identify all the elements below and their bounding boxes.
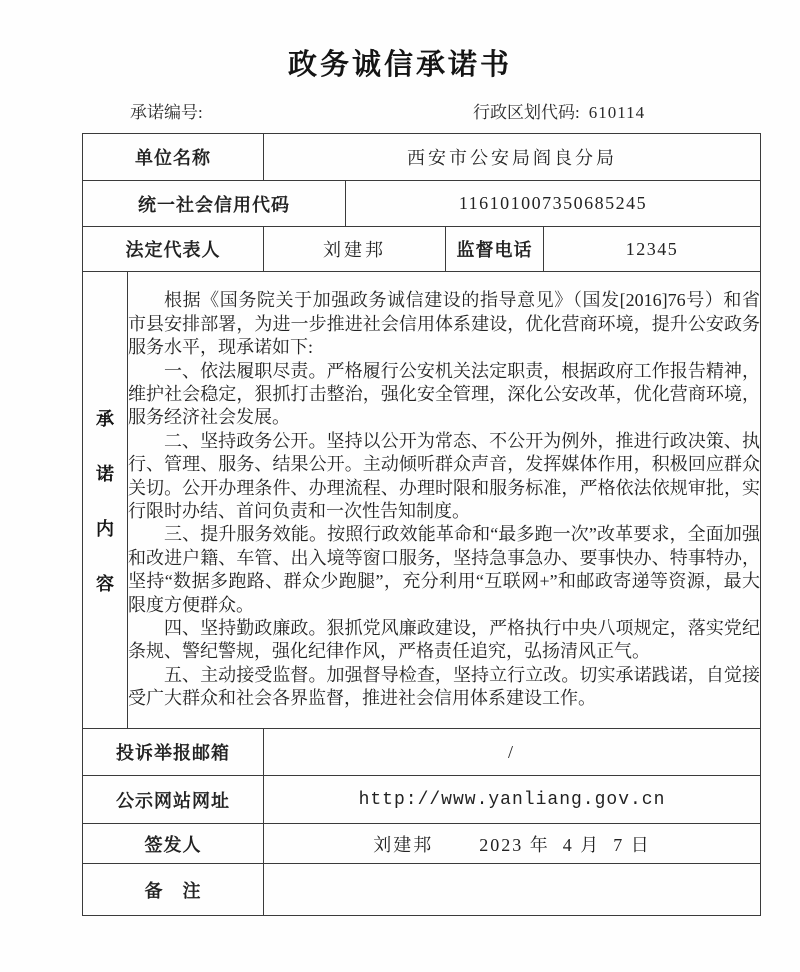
- document-page: 政务诚信承诺书 承诺编号: 行政区划代码:610114 单位名称 西安市公安局阎…: [0, 0, 800, 972]
- content-paragraph: 根据《国务院关于加强政务诚信建设的指导意见》（国发[2016]76号）和省市县安…: [128, 289, 760, 359]
- complaint-email-label: 投诉举报邮箱: [83, 729, 264, 776]
- supervise-phone-label: 监督电话: [446, 227, 544, 272]
- vertical-label-char: 诺: [96, 460, 114, 486]
- commitment-form-table: 单位名称 西安市公安局阎良分局 统一社会信用代码 116101007350685…: [82, 133, 761, 916]
- website-value: http://www.yanliang.gov.cn: [264, 776, 761, 824]
- signer-label: 签发人: [83, 824, 264, 864]
- vertical-label-char: 容: [96, 570, 114, 596]
- legal-rep-value: 刘建邦: [264, 227, 446, 272]
- credit-code-label: 统一社会信用代码: [83, 181, 346, 227]
- signer-name: 刘建邦: [373, 831, 433, 857]
- row-complaint-email: 投诉举报邮箱 /: [83, 729, 761, 776]
- vertical-label-char: 承: [96, 405, 114, 431]
- complaint-email-value: /: [264, 729, 761, 776]
- row-remark: 备 注: [83, 864, 761, 916]
- commitment-content-label: 承 诺 内 容: [83, 272, 128, 729]
- region-code-label: 行政区划代码:: [473, 103, 580, 122]
- supervise-phone-value: 12345: [544, 227, 761, 272]
- region-code: 行政区划代码:610114: [473, 98, 645, 123]
- content-paragraph: 三、提升服务效能。按照行政效能革命和“最多跑一次”改革要求，全面加强和改进户籍、…: [128, 523, 760, 617]
- row-credit-code: 统一社会信用代码 116101007350685245: [83, 181, 761, 227]
- commitment-content-body: 根据《国务院关于加强政务诚信建设的指导意见》（国发[2016]76号）和省市县安…: [128, 272, 761, 729]
- remark-value: [264, 864, 761, 916]
- signer-value-cell: 刘建邦 2023 年 4 月 7 日: [264, 824, 761, 864]
- vertical-label-char: 内: [96, 515, 114, 541]
- row-commitment-content: 承 诺 内 容 根据《国务院关于加强政务诚信建设的指导意见》（国发[2016]7…: [83, 272, 761, 729]
- row-legal-rep: 法定代表人 刘建邦 监督电话 12345: [83, 227, 761, 272]
- row-website: 公示网站网址 http://www.yanliang.gov.cn: [83, 776, 761, 824]
- signer-date: 2023 年 4 月 7 日: [479, 831, 651, 857]
- row-signer: 签发人 刘建邦 2023 年 4 月 7 日: [83, 824, 761, 864]
- region-code-value: 610114: [589, 103, 645, 122]
- content-paragraph: 一、依法履职尽责。严格履行公安机关法定职责，根据政府工作报告精神，维护社会稳定，…: [128, 360, 760, 430]
- remark-label: 备 注: [83, 864, 264, 916]
- content-paragraph: 四、坚持勤政廉政。狠抓党风廉政建设，严格执行中央八项规定，落实党纪条规、警纪警规…: [128, 617, 760, 664]
- row-unit-name: 单位名称 西安市公安局阎良分局: [83, 134, 761, 181]
- unit-name-value: 西安市公安局阎良分局: [264, 134, 761, 181]
- credit-code-value: 116101007350685245: [346, 181, 761, 227]
- unit-name-label: 单位名称: [83, 134, 264, 181]
- signer-value: 刘建邦 2023 年 4 月 7 日: [264, 831, 760, 857]
- vertical-label: 承 诺 内 容: [83, 405, 127, 596]
- legal-rep-label: 法定代表人: [83, 227, 264, 272]
- website-label: 公示网站网址: [83, 776, 264, 824]
- page-title: 政务诚信承诺书: [0, 0, 800, 83]
- meta-row: 承诺编号: 行政区划代码:610114: [0, 98, 800, 120]
- content-paragraph: 二、坚持政务公开。坚持以公开为常态、不公开为例外，推进行政决策、执行、管理、服务…: [128, 430, 760, 524]
- content-paragraph: 五、主动接受监督。加强督导检查，坚持立行立改。切实承诺践诺，自觉接受广大群众和社…: [128, 664, 760, 711]
- promise-number-label: 承诺编号:: [130, 98, 203, 123]
